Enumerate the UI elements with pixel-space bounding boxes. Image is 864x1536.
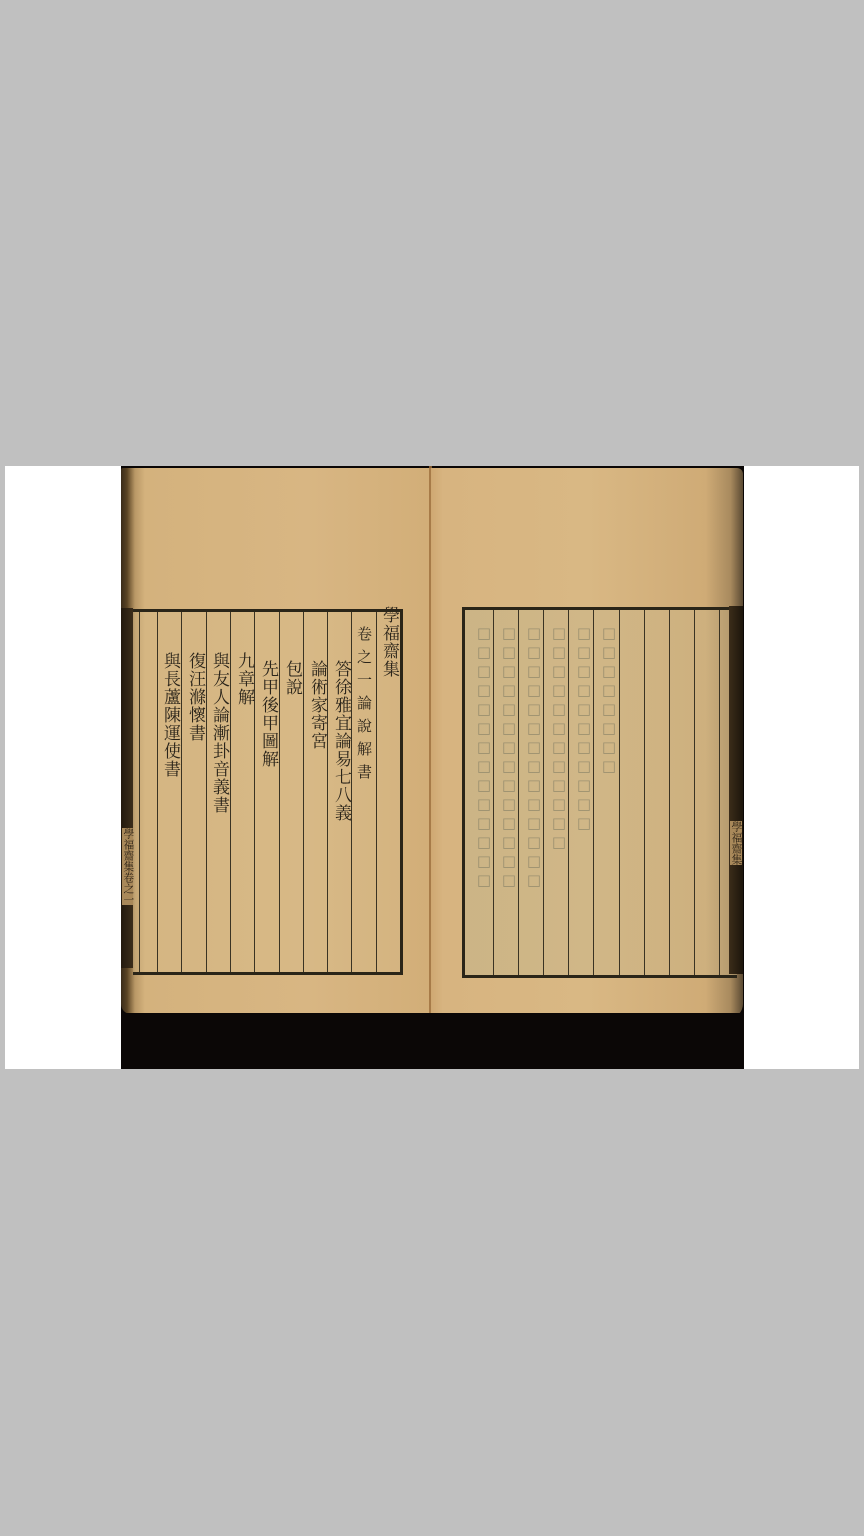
right-spine-strip: 學福齋集 bbox=[729, 606, 743, 974]
bleed-through-text: □□□□□□□□□□□□□□ bbox=[523, 624, 545, 890]
toc-entry: 與長蘆陳運使書 bbox=[158, 652, 182, 778]
toc-entry: 復汪滌懷書 bbox=[183, 652, 207, 742]
column-rule bbox=[644, 610, 645, 975]
scan-background bbox=[121, 1013, 744, 1069]
column-rule bbox=[694, 610, 695, 975]
toc-entry: 論術家寄宮 bbox=[305, 660, 329, 750]
bleed-through-text: □□□□□□□□□□□ bbox=[573, 624, 595, 833]
toc-entry: 先甲後甲圖解 bbox=[256, 660, 280, 768]
right-margin-label: 學福齋集 bbox=[730, 821, 742, 865]
column-rule bbox=[669, 610, 670, 975]
toc-entry: 答徐雅宜論易七八義 bbox=[329, 660, 353, 822]
right-text-block: □□□□□□□□□□□□□□ □□□□□□□□□□□□□□ □□□□□□□□□□… bbox=[462, 607, 737, 978]
right-page: □□□□□□□□□□□□□□ □□□□□□□□□□□□□□ □□□□□□□□□□… bbox=[431, 468, 743, 1018]
toc-entry: 包說 bbox=[280, 660, 304, 696]
bleed-through-text: □□□□□□□□□□□□ bbox=[548, 624, 570, 852]
toc-entry: 九章解 bbox=[232, 652, 256, 706]
left-page: 學福齋集卷之一 學福齋集 卷之一論說解書 答徐雅宜論易七八義 論術家寄宮 包說 … bbox=[121, 468, 431, 1014]
bleed-through-text: □□□□□□□□ bbox=[598, 624, 620, 776]
toc-entry: 與友人論漸卦音義書 bbox=[207, 652, 231, 814]
column-rule bbox=[719, 610, 720, 975]
left-spine-strip: 學福齋集卷之一 bbox=[121, 608, 133, 968]
chapter-heading: 卷之一論說解書 bbox=[352, 626, 376, 787]
book-title: 學福齋集 bbox=[377, 606, 401, 678]
bleed-through-text: □□□□□□□□□□□□□□ bbox=[498, 624, 520, 890]
bleed-through-text: □□□□□□□□□□□□□□ bbox=[473, 624, 495, 890]
book-scan: 學福齋集卷之一 學福齋集 卷之一論說解書 答徐雅宜論易七八義 論術家寄宮 包說 … bbox=[121, 466, 744, 1069]
left-text-block: 學福齋集 卷之一論說解書 答徐雅宜論易七八義 論術家寄宮 包說 先甲後甲圖解 九… bbox=[133, 609, 403, 975]
column-rule bbox=[139, 612, 140, 972]
